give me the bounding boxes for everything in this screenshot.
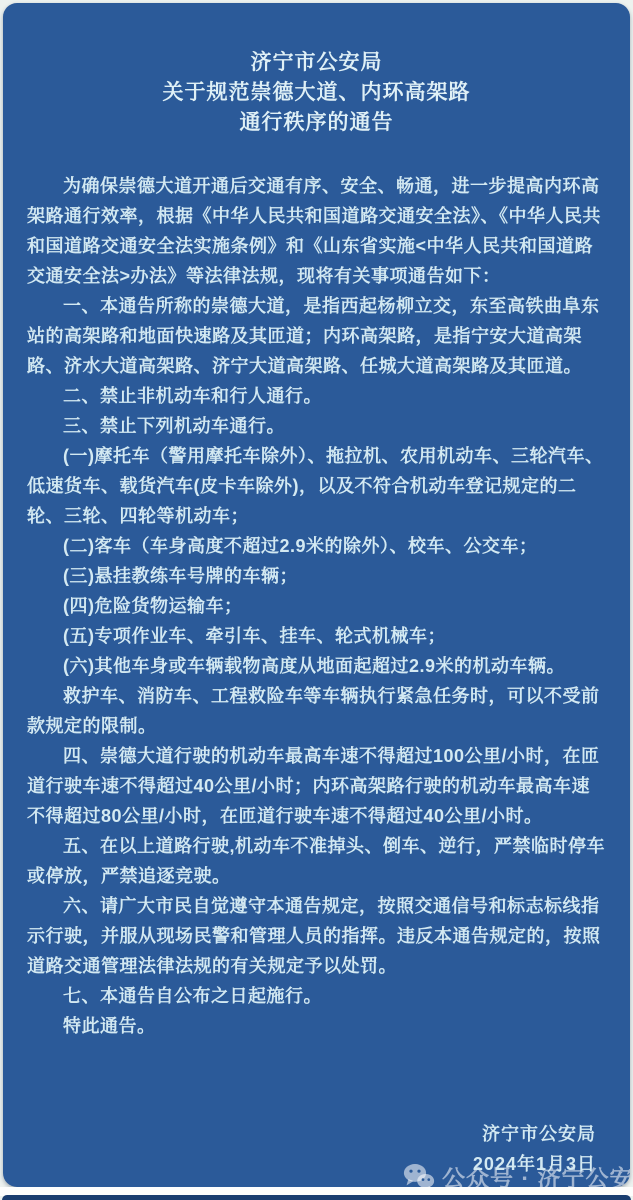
notice-paragraph: 六、请广大市民自觉遵守本通告规定，按照交通信号和标志标线指示行驶，并服从现场民警… — [27, 891, 608, 981]
signature-org: 济宁市公安局 — [27, 1119, 596, 1149]
signature-date: 2024年1月3日 — [27, 1149, 596, 1179]
notice-paragraph: 五、在以上道路行驶,机动车不准掉头、倒车、逆行，严禁临时停车或停放，严禁追逐竞驶… — [27, 831, 608, 891]
title-line-subject: 关于规范崇德大道、内环高架路 — [3, 78, 630, 108]
notice-body: 为确保崇德大道开通后交通有序、安全、畅通，进一步提高内环高架路通行效率，根据《中… — [3, 171, 630, 1179]
notice-paragraph: (六)其他车身或车辆载物高度从地面起超过2.9米的机动车辆。 — [27, 651, 608, 681]
notice-paragraph: 四、崇德大道行驶的机动车最高车速不得超过100公里/小时，在匝道行驶车速不得超过… — [27, 741, 608, 831]
notice-title: 济宁市公安局 关于规范崇德大道、内环高架路 通行秩序的通告 — [3, 3, 630, 138]
notice-card: 济宁市公安局 关于规范崇德大道、内环高架路 通行秩序的通告 为确保崇德大道开通后… — [3, 3, 630, 1187]
signature-block: 济宁市公安局 2024年1月3日 — [27, 1119, 608, 1179]
notice-paragraph: (一)摩托车（警用摩托车除外）、拖拉机、农用机动车、三轮汽车、低速货车、载货汽车… — [27, 441, 608, 531]
title-line-type: 通行秩序的通告 — [3, 108, 630, 138]
notice-paragraph: 一、本通告所称的崇德大道，是指西起杨柳立交，东至高铁曲阜东站的高架路和地面快速路… — [27, 291, 608, 381]
notice-paragraph: (二)客车（车身高度不超过2.9米的除外）、校车、公交车； — [27, 531, 608, 561]
notice-paragraph: 二、禁止非机动车和行人通行。 — [27, 381, 608, 411]
next-card-edge — [2, 1195, 631, 1200]
notice-paragraph: 为确保崇德大道开通后交通有序、安全、畅通，进一步提高内环高架路通行效率，根据《中… — [27, 171, 608, 291]
notice-paragraph: (五)专项作业车、牵引车、挂车、轮式机械车； — [27, 621, 608, 651]
title-line-org: 济宁市公安局 — [3, 48, 630, 78]
notice-paragraph: 三、禁止下列机动车通行。 — [27, 411, 608, 441]
notice-paragraph: 救护车、消防车、工程救险车等车辆执行紧急任务时，可以不受前款规定的限制。 — [27, 681, 608, 741]
notice-paragraph: 特此通告。 — [27, 1011, 608, 1041]
notice-paragraph: (三)悬挂教练车号牌的车辆； — [27, 561, 608, 591]
notice-paragraph: 七、本通告自公布之日起施行。 — [27, 981, 608, 1011]
notice-paragraph: (四)危险货物运输车； — [27, 591, 608, 621]
page-background: 济宁市公安局 关于规范崇德大道、内环高架路 通行秩序的通告 为确保崇德大道开通后… — [0, 0, 633, 1200]
